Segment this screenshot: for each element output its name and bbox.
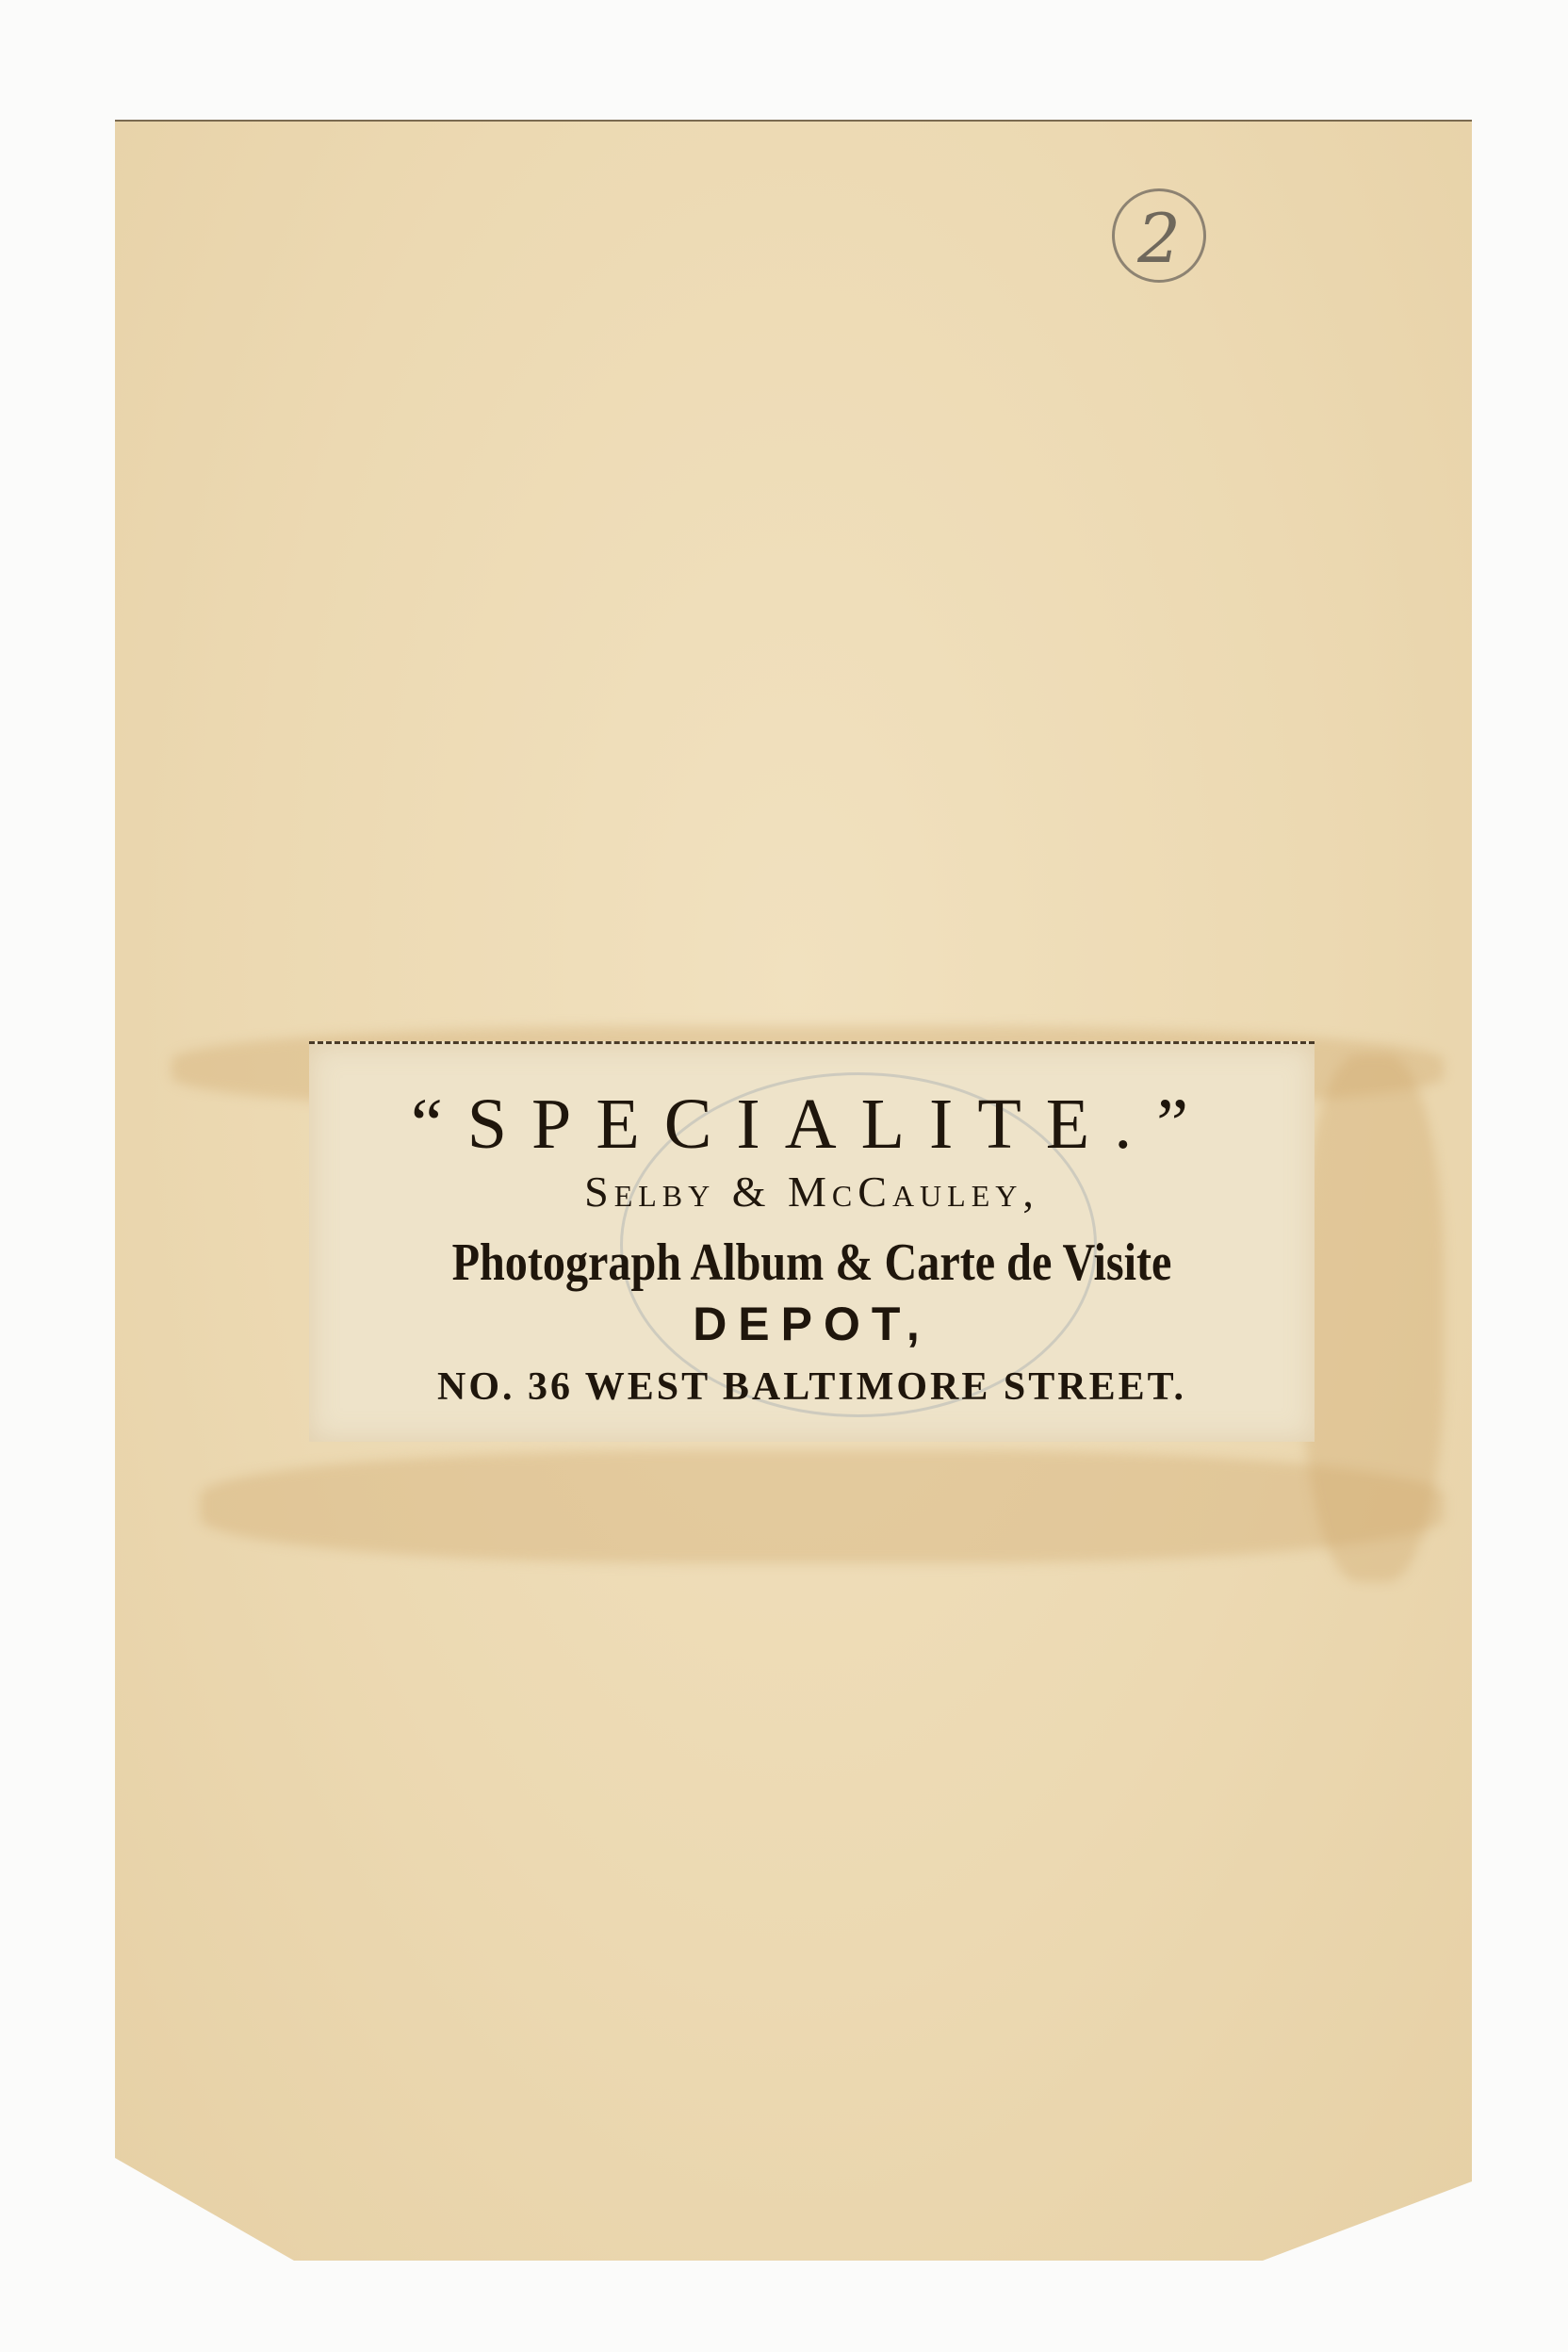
label-title: “SPECIALITE.” [309,1084,1315,1166]
label-description: Photograph Album & Carte de Visite [380,1233,1245,1293]
label-firm: Selby & McCauley, [309,1167,1315,1217]
pencil-number-annotation: 2 [1112,188,1206,283]
glue-stain-right [1302,1054,1444,1582]
photographer-label: “SPECIALITE.” Selby & McCauley, Photogra… [309,1041,1315,1442]
label-depot: DEPOT, [309,1297,1315,1351]
glue-stain-bottom [200,1450,1444,1563]
label-address: NO. 36 WEST BALTIMORE STREET. [309,1364,1315,1410]
